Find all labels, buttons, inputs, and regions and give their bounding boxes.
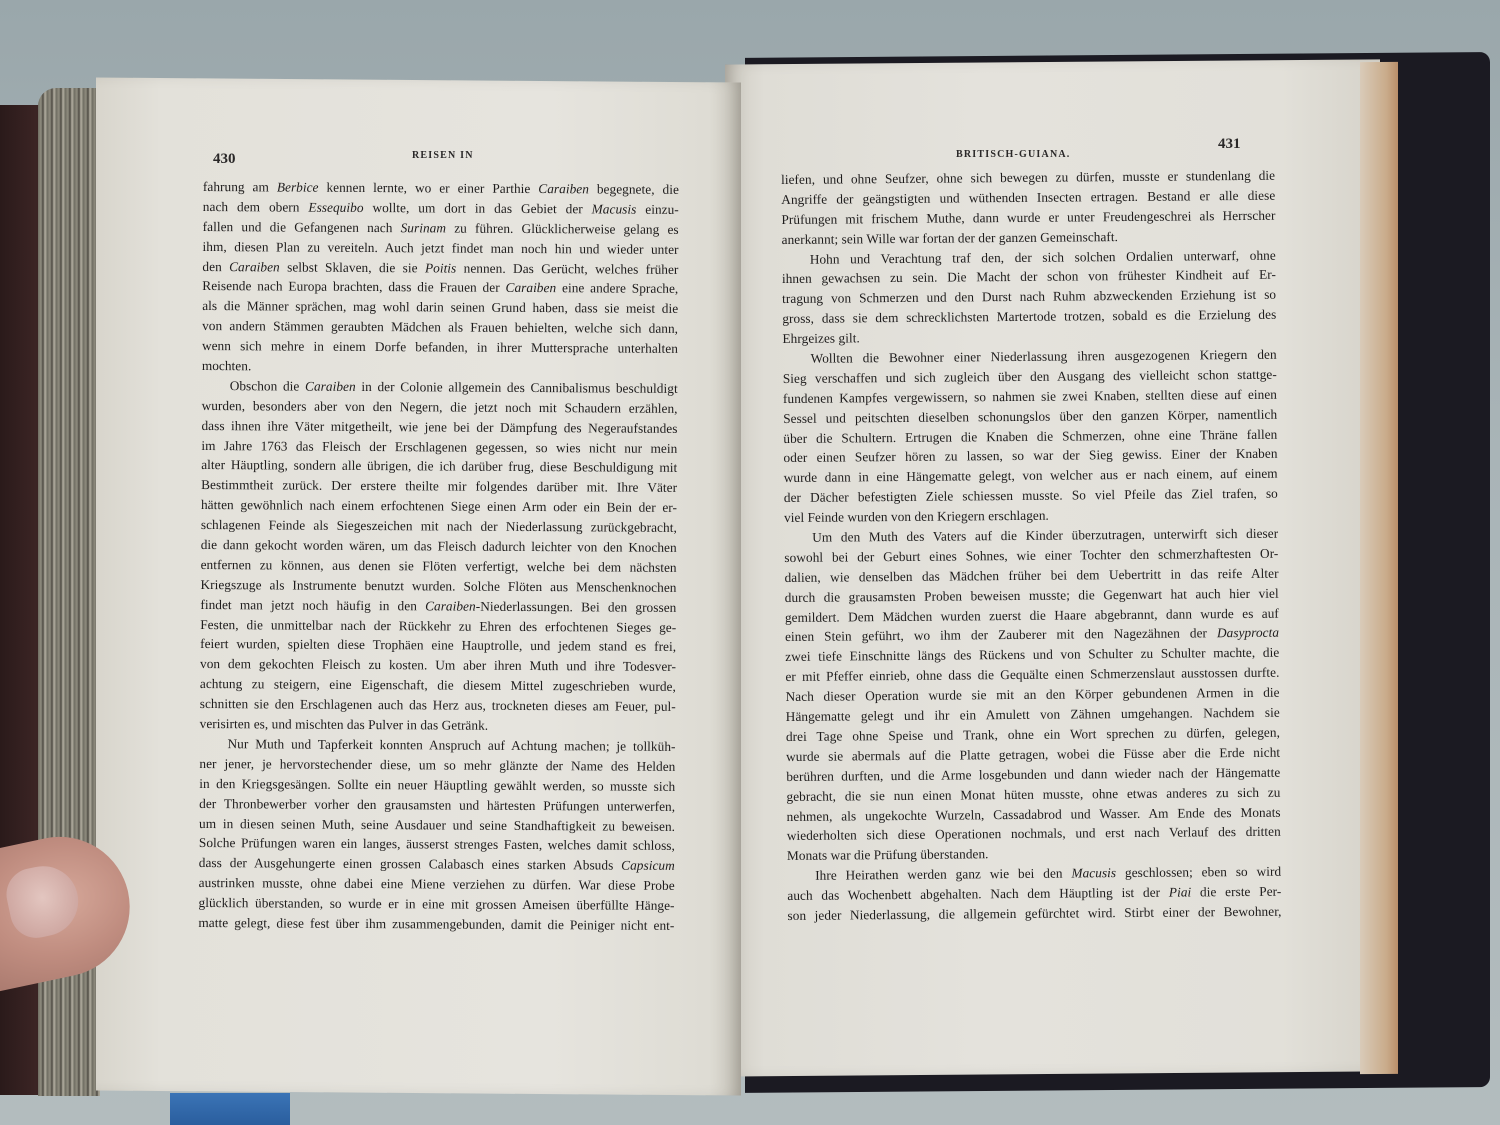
text-line: fallen und die Gefangenen nach Surinam z… bbox=[203, 217, 679, 240]
photo-scene: 430 REISEN IN BRITISCH-GUIANA. 431 fahru… bbox=[0, 0, 1500, 1125]
text-line: ihm, diesen Plan zu vereiteln. Auch jetz… bbox=[203, 237, 679, 260]
text-line: wurden, besonders aber von den Negern, d… bbox=[202, 396, 678, 419]
thumbnail bbox=[2, 860, 85, 943]
text-line: fahrung am Berbice kennen lernte, wo er … bbox=[203, 177, 679, 200]
blue-object-below-book bbox=[170, 1093, 290, 1125]
text-line: der Thronbewerber vorher den grausamsten… bbox=[199, 794, 675, 817]
left-page-number: 430 bbox=[213, 151, 236, 168]
left-page-body: fahrung am Berbice kennen lernte, wo er … bbox=[198, 177, 679, 936]
text-line: nach dem obern Essequibo wollte, um dort… bbox=[203, 197, 679, 220]
text-line: ner jener, je hervorstechender diese, um… bbox=[199, 754, 675, 777]
text-line: matte gelegt, diese fest über ihm zusamm… bbox=[198, 913, 674, 936]
left-running-head: REISEN IN bbox=[412, 150, 474, 161]
text-line: Obschon die Caraiben in der Colonie allg… bbox=[202, 376, 678, 399]
right-page-body: liefen, und ohne Seufzer, ohne sich bewe… bbox=[781, 166, 1282, 926]
right-page-number: 431 bbox=[1218, 136, 1241, 153]
text-line: findet man jetzt noch häufig in den Cara… bbox=[200, 595, 676, 618]
text-line: in den Kriegsgesängen. Sollte ein neuer … bbox=[199, 774, 675, 797]
right-running-head: BRITISCH-GUIANA. bbox=[956, 149, 1071, 160]
text-line: dass ihnen ihre Väter mitgetheilt, wie j… bbox=[201, 416, 677, 439]
right-page-edges bbox=[1360, 62, 1398, 1074]
text-line: Nur Muth und Tapferkeit konnten Anspruch… bbox=[199, 734, 675, 757]
text-line: Kriegszuge als Instrumente benutzt wurde… bbox=[200, 575, 676, 598]
text-line: verisirten es, und mischten das Pulver i… bbox=[200, 714, 676, 737]
text-line: entfernen zu können, aus denen sie Flöte… bbox=[201, 555, 677, 578]
text-line: die dann gekocht worden wären, um das Fl… bbox=[201, 535, 677, 558]
text-line: wenn sich mehre in einem Dorfe befanden,… bbox=[202, 336, 678, 359]
